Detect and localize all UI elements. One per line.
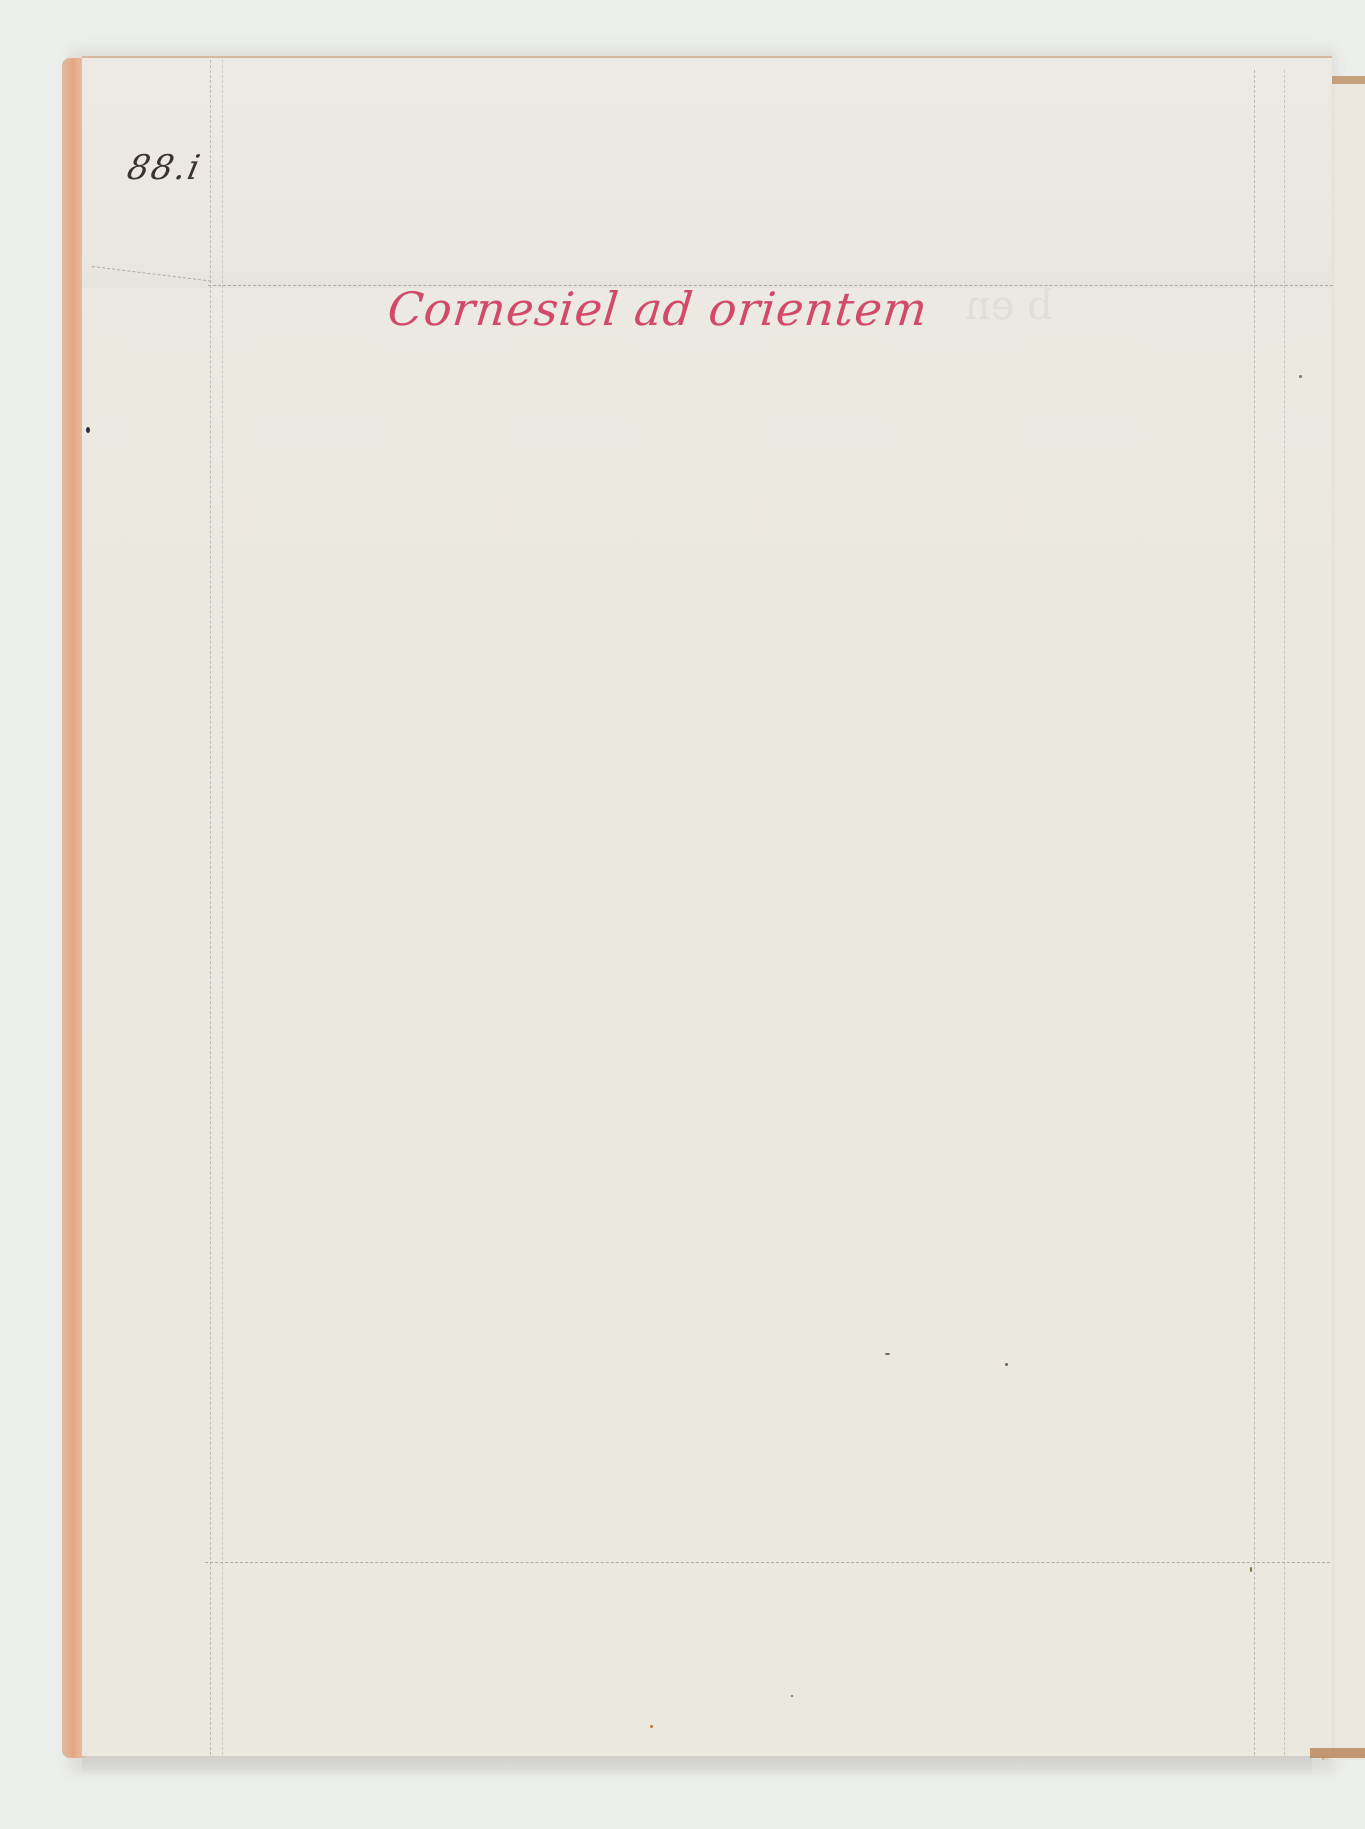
page-bottom-shadow <box>82 1756 1312 1776</box>
page-number: 88.i <box>124 148 205 188</box>
left-margin-line-outer <box>210 60 211 1755</box>
adjacent-page-bottom-edge <box>1310 1748 1365 1758</box>
left-margin-line-inner <box>222 60 223 1755</box>
ink-speck <box>86 427 90 433</box>
bottom-rule <box>205 1562 1330 1563</box>
right-margin-line-outer <box>1284 70 1285 1755</box>
ink-speck <box>1299 375 1302 378</box>
adjacent-page-top-edge <box>1328 76 1365 84</box>
ink-speck <box>1005 1363 1008 1366</box>
ink-speck <box>791 1695 793 1697</box>
right-margin-line-inner <box>1254 70 1255 1755</box>
ink-speck <box>650 1725 653 1728</box>
ink-speck <box>1250 1567 1252 1572</box>
ink-speck <box>885 1353 890 1355</box>
page-heading: Cornesiel ad orientem <box>385 282 930 336</box>
show-through-text: b en <box>965 283 1053 329</box>
